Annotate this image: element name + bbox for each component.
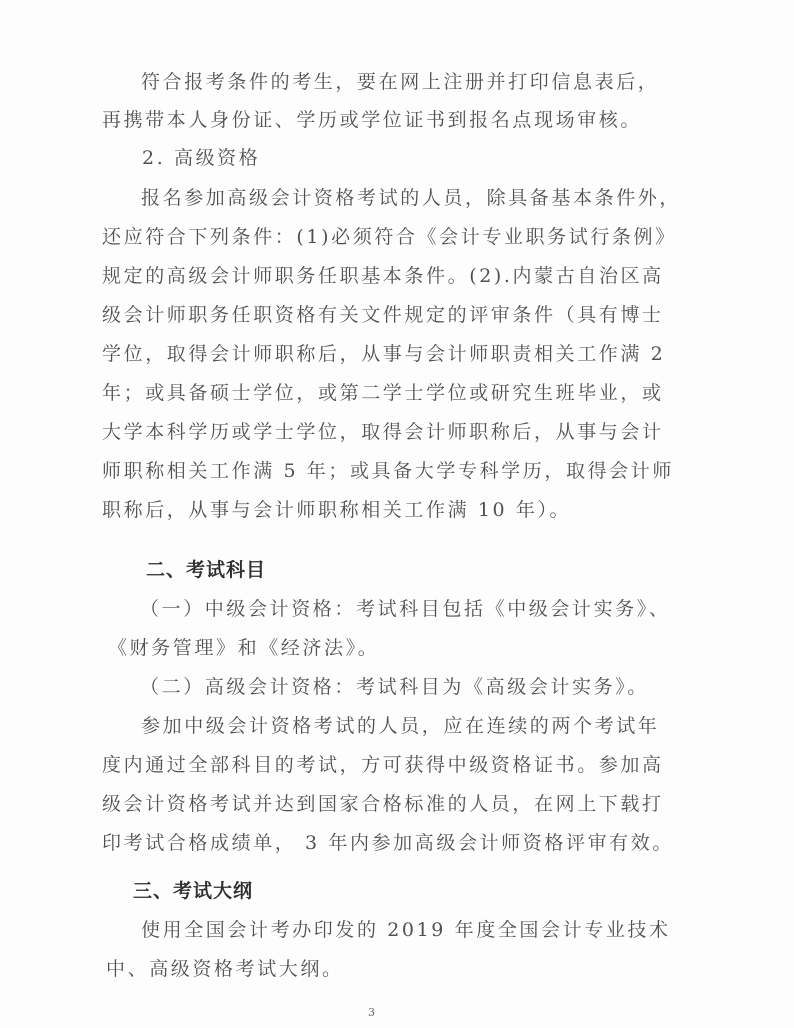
text-line: 级会计资格考试并达到国家合格标准的人员，在网上下载打 xyxy=(102,792,647,816)
text-line: 规定的高级会计师职务任职基本条件。(2).内蒙古自治区高 xyxy=(102,264,647,288)
section-heading-exam-subjects: 二、考试科目 xyxy=(146,558,691,582)
text-line: 中、高级资格考试大纲。 xyxy=(106,957,651,981)
text-line: 参加中级会计资格考试的人员，应在连续的两个考试年 xyxy=(141,714,686,738)
text-line: 报名参加高级会计资格考试的人员，除具备基本条件外， xyxy=(141,186,686,210)
text-line: 符合报考条件的考生，要在网上注册并打印信息表后， xyxy=(141,70,686,94)
text-line: 职称后，从事与会计师职称相关工作满 10 年）。 xyxy=(102,498,647,522)
text-line: （一）中级会计资格：考试科目包括《中级会计实务》、 xyxy=(140,597,685,621)
text-line: 学位，取得会计师职称后，从事与会计师职责相关工作满 2 xyxy=(102,342,647,366)
section-heading-exam-syllabus: 三、考试大纲 xyxy=(133,879,678,903)
text-line: （二）高级会计资格：考试科目为《高级会计实务》。 xyxy=(140,675,685,699)
text-line: 还应符合下列条件：(1)必须符合《会计专业职务试行条例》 xyxy=(102,225,647,249)
text-line: 年；或具备硕士学位，或第二学士学位或研究生班毕业，或 xyxy=(102,381,647,405)
text-line: 级会计师职务任职资格有关文件规定的评审条件（具有博士 xyxy=(102,303,647,327)
subheading-senior-qualification: 2. 高级资格 xyxy=(142,146,687,170)
text-line: 《财务管理》和《经济法》。 xyxy=(108,636,653,660)
document-page: 符合报考条件的考生，要在网上注册并打印信息表后， 再携带本人身份证、学历或学位证… xyxy=(0,0,794,1028)
text-line: 印考试合格成绩单， 3 年内参加高级会计师资格评审有效。 xyxy=(102,831,647,855)
text-line: 师职称相关工作满 5 年；或具备大学专科学历，取得会计师 xyxy=(102,459,647,483)
page-number: 3 xyxy=(368,1006,375,1019)
text-line: 使用全国会计考办印发的 2019 年度全国会计专业技术 xyxy=(141,918,686,942)
text-line: 度内通过全部科目的考试，方可获得中级资格证书。参加高 xyxy=(102,753,647,777)
text-line: 大学本科学历或学士学位，取得会计师职称后，从事与会计 xyxy=(102,420,647,444)
text-line: 再携带本人身份证、学历或学位证书到报名点现场审核。 xyxy=(102,108,647,132)
